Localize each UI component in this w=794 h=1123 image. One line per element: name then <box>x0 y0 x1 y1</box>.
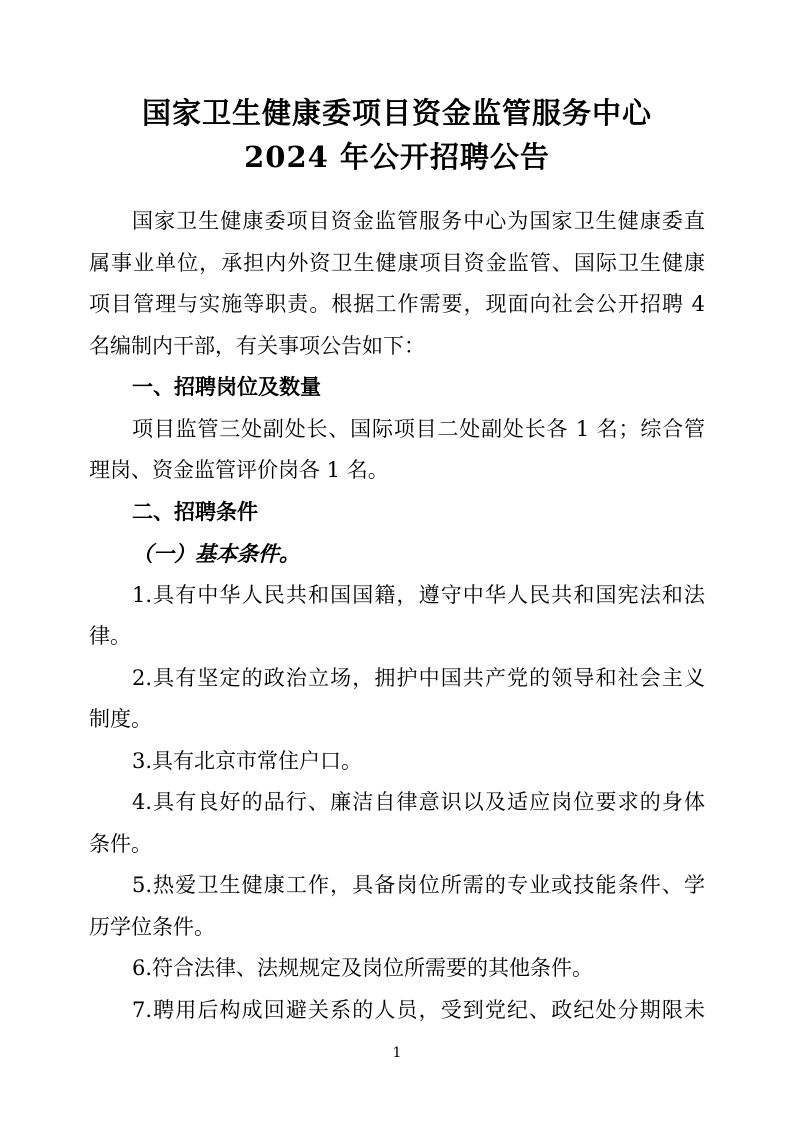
title-line-1: 国家卫生健康委项目资金监管服务中心 <box>89 91 705 135</box>
text-line: 条件。 <box>89 824 705 866</box>
text-line: 律。 <box>89 616 705 658</box>
text-line: 历学位条件。 <box>89 907 705 949</box>
text-line: 5.热爱卫生健康工作，具备岗位所需的专业或技能条件、学 <box>89 865 705 907</box>
subsection-heading: （一）基本条件。 <box>89 533 705 575</box>
text-line: 属事业单位，承担内外资卫生健康项目资金监管、国际卫生健康 <box>89 243 705 285</box>
text-line: 3.具有北京市常住户口。 <box>89 741 705 783</box>
text-line: 2.具有坚定的政治立场，拥护中国共产党的领导和社会主义 <box>89 658 705 700</box>
title-line-2: 2024 年公开招聘公告 <box>89 135 705 179</box>
document-page: 国家卫生健康委项目资金监管服务中心 2024 年公开招聘公告 国家卫生健康委项目… <box>0 0 794 1123</box>
text-line: 1.具有中华人民共和国国籍，遵守中华人民共和国宪法和法 <box>89 575 705 617</box>
text-line: 名编制内干部，有关事项公告如下： <box>89 326 705 368</box>
text-line: 制度。 <box>89 699 705 741</box>
text-line: 理岗、资金监管评价岗各 1 名。 <box>89 450 705 492</box>
section-heading-1: 一、招聘岗位及数量 <box>89 367 705 409</box>
text-line: 项目管理与实施等职责。根据工作需要，现面向社会公开招聘 4 <box>89 284 705 326</box>
text-line: 6.符合法律、法规规定及岗位所需要的其他条件。 <box>89 948 705 990</box>
section-heading-2: 二、招聘条件 <box>89 492 705 534</box>
text-line: 7.聘用后构成回避关系的人员，受到党纪、政纪处分期限未 <box>89 990 705 1032</box>
text-line: 4.具有良好的品行、廉洁自律意识以及适应岗位要求的身体 <box>89 782 705 824</box>
text-line: 项目监管三处副处长、国际项目二处副处长各 1 名；综合管 <box>89 409 705 451</box>
document-title: 国家卫生健康委项目资金监管服务中心 2024 年公开招聘公告 <box>89 91 705 179</box>
document-body: 国家卫生健康委项目资金监管服务中心为国家卫生健康委直 属事业单位，承担内外资卫生… <box>89 201 705 1031</box>
page-number: 1 <box>0 1045 794 1061</box>
text-line: 国家卫生健康委项目资金监管服务中心为国家卫生健康委直 <box>89 201 705 243</box>
page-content: 国家卫生健康委项目资金监管服务中心 2024 年公开招聘公告 国家卫生健康委项目… <box>89 91 705 1031</box>
